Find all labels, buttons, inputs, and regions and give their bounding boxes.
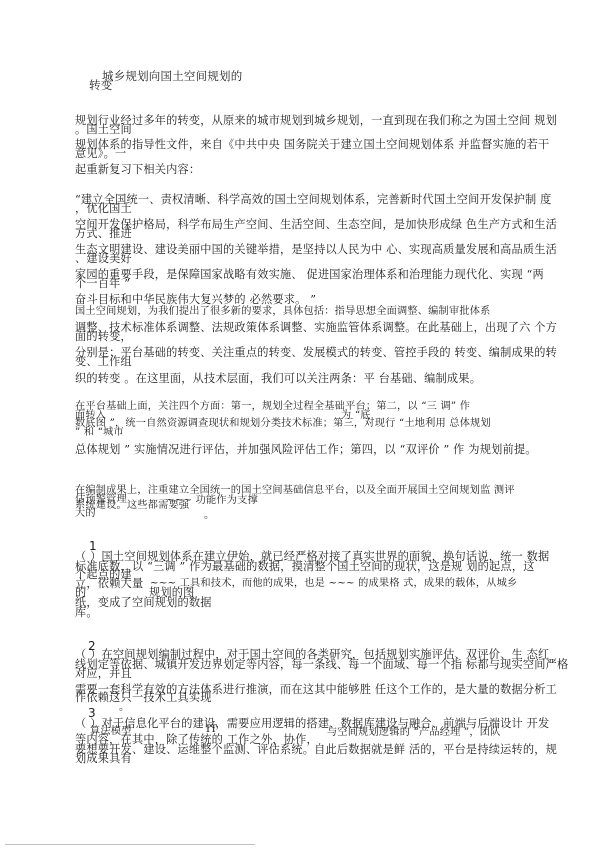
text-line: ~~~ 功能作为支撑 — [166, 495, 258, 506]
text-line: 在编制成果上，注重建立全国统一的国土空间基础信息平台，以及全面开展国土空间规划监… — [75, 485, 515, 496]
text-line: 、建设美好 — [75, 253, 132, 265]
text-line: 国土空间规划，为我们提出了很多新的要求，具体包括：指导思想全面调整、编制审批体系 — [75, 306, 491, 317]
document-title-continued: 转变 — [89, 79, 112, 91]
text-line: 规划体系的指导性文件，来自《中共中央 国务院关于建立国土空间规划体系 并监督实施… — [75, 139, 549, 151]
page-footer-rule — [5, 844, 255, 845]
text-line: 变、工作组 — [75, 356, 132, 368]
text-line: 在平台基础上面，关注四个方面：第一，规划全过程全基础平台；第二，以 “三 调” … — [75, 401, 470, 412]
text-line: 面的转变， — [75, 331, 132, 343]
text-line: 奋斗目标和中华民族伟大复兴梦的 必然要求。 ” — [75, 294, 316, 306]
text-line: 方式、推进 — [75, 228, 132, 240]
text-line: “建立全国统一、责权清晰、科学高效的国土空间规划体系，完善新时代国土空间开发保护… — [75, 194, 552, 206]
text-line: 规划行业经过多年的转变，从原来的城市规划到城乡规划，一直到现在我们称之为国土空间… — [75, 115, 557, 127]
text-line: 家园的重要手段，是保障国家战略有效实施、 促进国家治理体系和治理能力现代化、实现… — [75, 269, 544, 281]
text-line: 个一百年 ” — [75, 278, 130, 290]
text-line: 要想要开发、建设、运维整个监测、评估系统。自此后数据就是鲜 活的，平台是持续运转… — [75, 744, 557, 756]
text-line: 生态文明建设、建设美丽中国的关键举措，是坚持以人民为中 心、实现高质量发展和高品… — [75, 244, 557, 256]
text-line: 作依赖这只一技术工具实现 — [75, 692, 212, 704]
text-line: 。 — [204, 510, 214, 521]
text-line: 空间开发保护格局，科学布局生产空间、生活空间、生态空间，是加快形成绿 色生产方式… — [75, 219, 557, 231]
text-line: 与空间规划逻辑的 “产品经理 ”，团队 — [327, 727, 501, 738]
text-line: 标准底数，以 “三调 ” 作为最基础的数据，摸清整个国土空间的现状，这是规 划的… — [75, 561, 535, 573]
text-line: 起重新复习下相关内容： — [75, 164, 200, 176]
text-line: ” 和 “城市 — [75, 427, 124, 438]
text-line: 。 — [119, 702, 129, 713]
text-line: ~~~ 工具和技术，而他的成果，也是 ~~~ 的成果格 式，成果的载体，从城乡 — [150, 578, 517, 589]
text-line: 分别是：平台基础的转变、关注重点的转变、发展模式的转变、管控手段的 转变、编制成… — [75, 347, 557, 359]
text-line: 总体规划 ” 实施情况进行评估，并加强风险评估工作；第四，以 “双评价 ” 作 … — [75, 444, 537, 456]
text-line: 库。 — [75, 607, 98, 619]
text-line: 调整、技术标准体系调整、法规政策体系调整、实施监管体系调整。在此基础上，出现了六… — [75, 322, 557, 334]
text-line: ，优化国土 — [75, 203, 132, 215]
text-line: 线划定等依据、城镇开发边界划定等内容，每一条线、每一个面域、每一个指 标都与现实… — [75, 659, 568, 671]
text-line: 划成果具有 — [75, 753, 132, 765]
text-line: 意见》。一 — [75, 148, 126, 160]
text-line: 对应，并且 — [75, 668, 132, 680]
text-line: 织的转变 。在这里面，从技术层面，我们可以关注两条：平 台基础、编制成果。 — [75, 373, 481, 385]
text-line: 数底图 ”，统一自然资源调查现状和规划分类技术标准；第三，对现行 “土地利用 总… — [75, 418, 491, 429]
document-title: 城乡规划向国土空间规划的 — [102, 70, 242, 82]
text-line: 。国土空间 — [75, 124, 132, 136]
text-line: 大的 — [75, 508, 96, 519]
